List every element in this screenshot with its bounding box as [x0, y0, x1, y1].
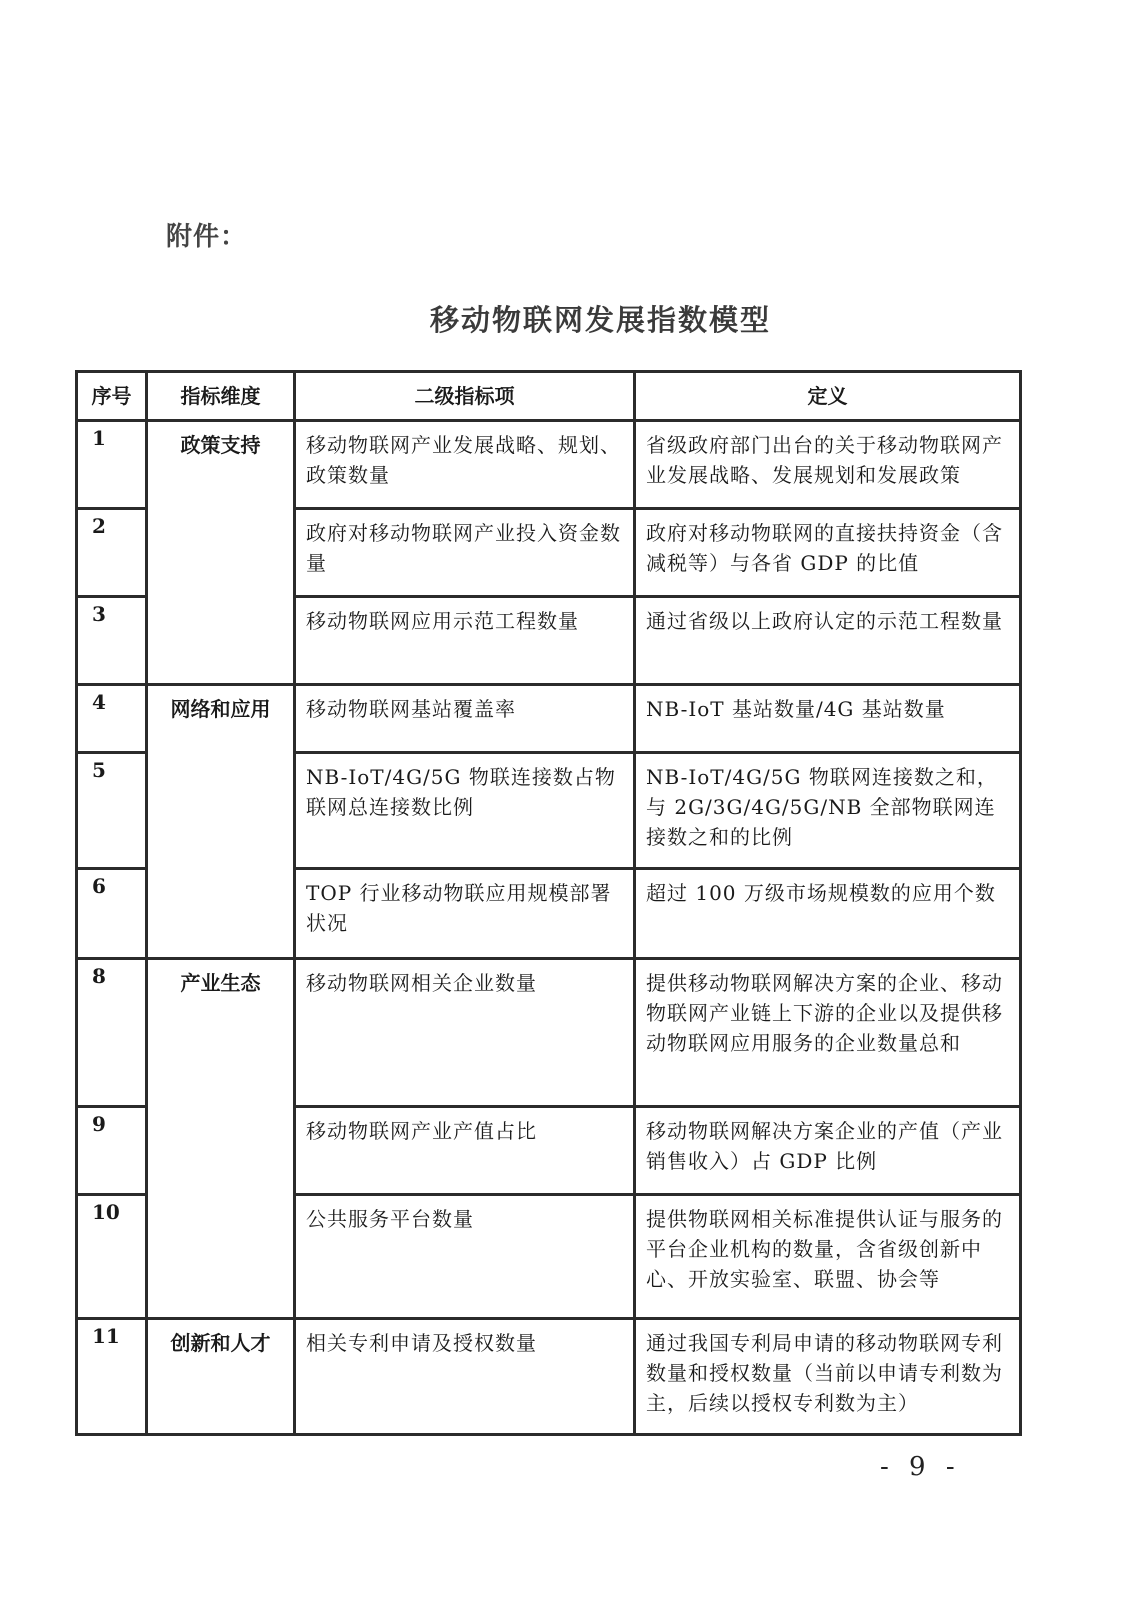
row-item: TOP 行业移动物联应用规模部署状况 [295, 869, 635, 959]
row-number: 2 [77, 509, 147, 597]
row-definition: 超过 100 万级市场规模数的应用个数 [635, 869, 1021, 959]
row-item: NB-IoT/4G/5G 物联连接数占物联网总连接数比例 [295, 753, 635, 869]
row-dimension [147, 869, 295, 959]
row-definition: 通过省级以上政府认定的示范工程数量 [635, 597, 1021, 685]
row-number: 3 [77, 597, 147, 685]
table-row: 6 TOP 行业移动物联应用规模部署状况 超过 100 万级市场规模数的应用个数 [77, 869, 1021, 959]
table-row: 5 NB-IoT/4G/5G 物联连接数占物联网总连接数比例 NB-IoT/4G… [77, 753, 1021, 869]
row-dimension [147, 1107, 295, 1195]
table-row: 3 移动物联网应用示范工程数量 通过省级以上政府认定的示范工程数量 [77, 597, 1021, 685]
table-row: 10 公共服务平台数量 提供物联网相关标准提供认证与服务的平台企业机构的数量，含… [77, 1195, 1021, 1319]
row-item: 移动物联网相关企业数量 [295, 959, 635, 1107]
row-definition: 省级政府部门出台的关于移动物联网产业发展战略、发展规划和发展政策 [635, 421, 1021, 509]
row-dimension [147, 509, 295, 597]
row-item: 公共服务平台数量 [295, 1195, 635, 1319]
row-number: 4 [77, 685, 147, 753]
row-item: 移动物联网基站覆盖率 [295, 685, 635, 753]
index-model-table: 序号 指标维度 二级指标项 定义 1 政策支持 移动物联网产业发展战略、规划、政… [75, 370, 1022, 1436]
row-dimension [147, 597, 295, 685]
row-number: 5 [77, 753, 147, 869]
table-header-row: 序号 指标维度 二级指标项 定义 [77, 372, 1021, 421]
table-row: 2 政府对移动物联网产业投入资金数量 政府对移动物联网的直接扶持资金（含减税等）… [77, 509, 1021, 597]
row-number: 6 [77, 869, 147, 959]
row-dimension: 创新和人才 [147, 1319, 295, 1435]
row-definition: NB-IoT 基站数量/4G 基站数量 [635, 685, 1021, 753]
row-dimension [147, 1195, 295, 1319]
table-row: 11 创新和人才 相关专利申请及授权数量 通过我国专利局申请的移动物联网专利数量… [77, 1319, 1021, 1435]
row-dimension [147, 753, 295, 869]
row-dimension: 网络和应用 [147, 685, 295, 753]
row-item: 相关专利申请及授权数量 [295, 1319, 635, 1435]
row-number: 9 [77, 1107, 147, 1195]
page-number: - 9 - [880, 1452, 961, 1482]
table-row: 8 产业生态 移动物联网相关企业数量 提供移动物联网解决方案的企业、移动物联网产… [77, 959, 1021, 1107]
header-serial: 序号 [77, 372, 147, 421]
row-definition: 通过我国专利局申请的移动物联网专利数量和授权数量（当前以申请专利数为主，后续以授… [635, 1319, 1021, 1435]
row-definition: 提供移动物联网解决方案的企业、移动物联网产业链上下游的企业以及提供移动物联网应用… [635, 959, 1021, 1107]
table-row: 1 政策支持 移动物联网产业发展战略、规划、政策数量 省级政府部门出台的关于移动… [77, 421, 1021, 509]
row-number: 8 [77, 959, 147, 1107]
row-number: 11 [77, 1319, 147, 1435]
row-definition: 移动物联网解决方案企业的产值（产业销售收入）占 GDP 比例 [635, 1107, 1021, 1195]
header-definition: 定义 [635, 372, 1021, 421]
document-title: 移动物联网发展指数模型 [0, 298, 1131, 339]
row-dimension: 产业生态 [147, 959, 295, 1107]
header-dimension: 指标维度 [147, 372, 295, 421]
row-definition: NB-IoT/4G/5G 物联网连接数之和，与 2G/3G/4G/5G/NB 全… [635, 753, 1021, 869]
row-number: 10 [77, 1195, 147, 1319]
row-item: 移动物联网产业发展战略、规划、政策数量 [295, 421, 635, 509]
row-number: 1 [77, 421, 147, 509]
row-item: 政府对移动物联网产业投入资金数量 [295, 509, 635, 597]
row-dimension: 政策支持 [147, 421, 295, 509]
row-definition: 政府对移动物联网的直接扶持资金（含减税等）与各省 GDP 的比值 [635, 509, 1021, 597]
row-definition: 提供物联网相关标准提供认证与服务的平台企业机构的数量，含省级创新中心、开放实验室… [635, 1195, 1021, 1319]
attachment-label: 附件： [166, 216, 247, 253]
row-item: 移动物联网应用示范工程数量 [295, 597, 635, 685]
row-item: 移动物联网产业产值占比 [295, 1107, 635, 1195]
table-row: 4 网络和应用 移动物联网基站覆盖率 NB-IoT 基站数量/4G 基站数量 [77, 685, 1021, 753]
header-item: 二级指标项 [295, 372, 635, 421]
table-row: 9 移动物联网产业产值占比 移动物联网解决方案企业的产值（产业销售收入）占 GD… [77, 1107, 1021, 1195]
